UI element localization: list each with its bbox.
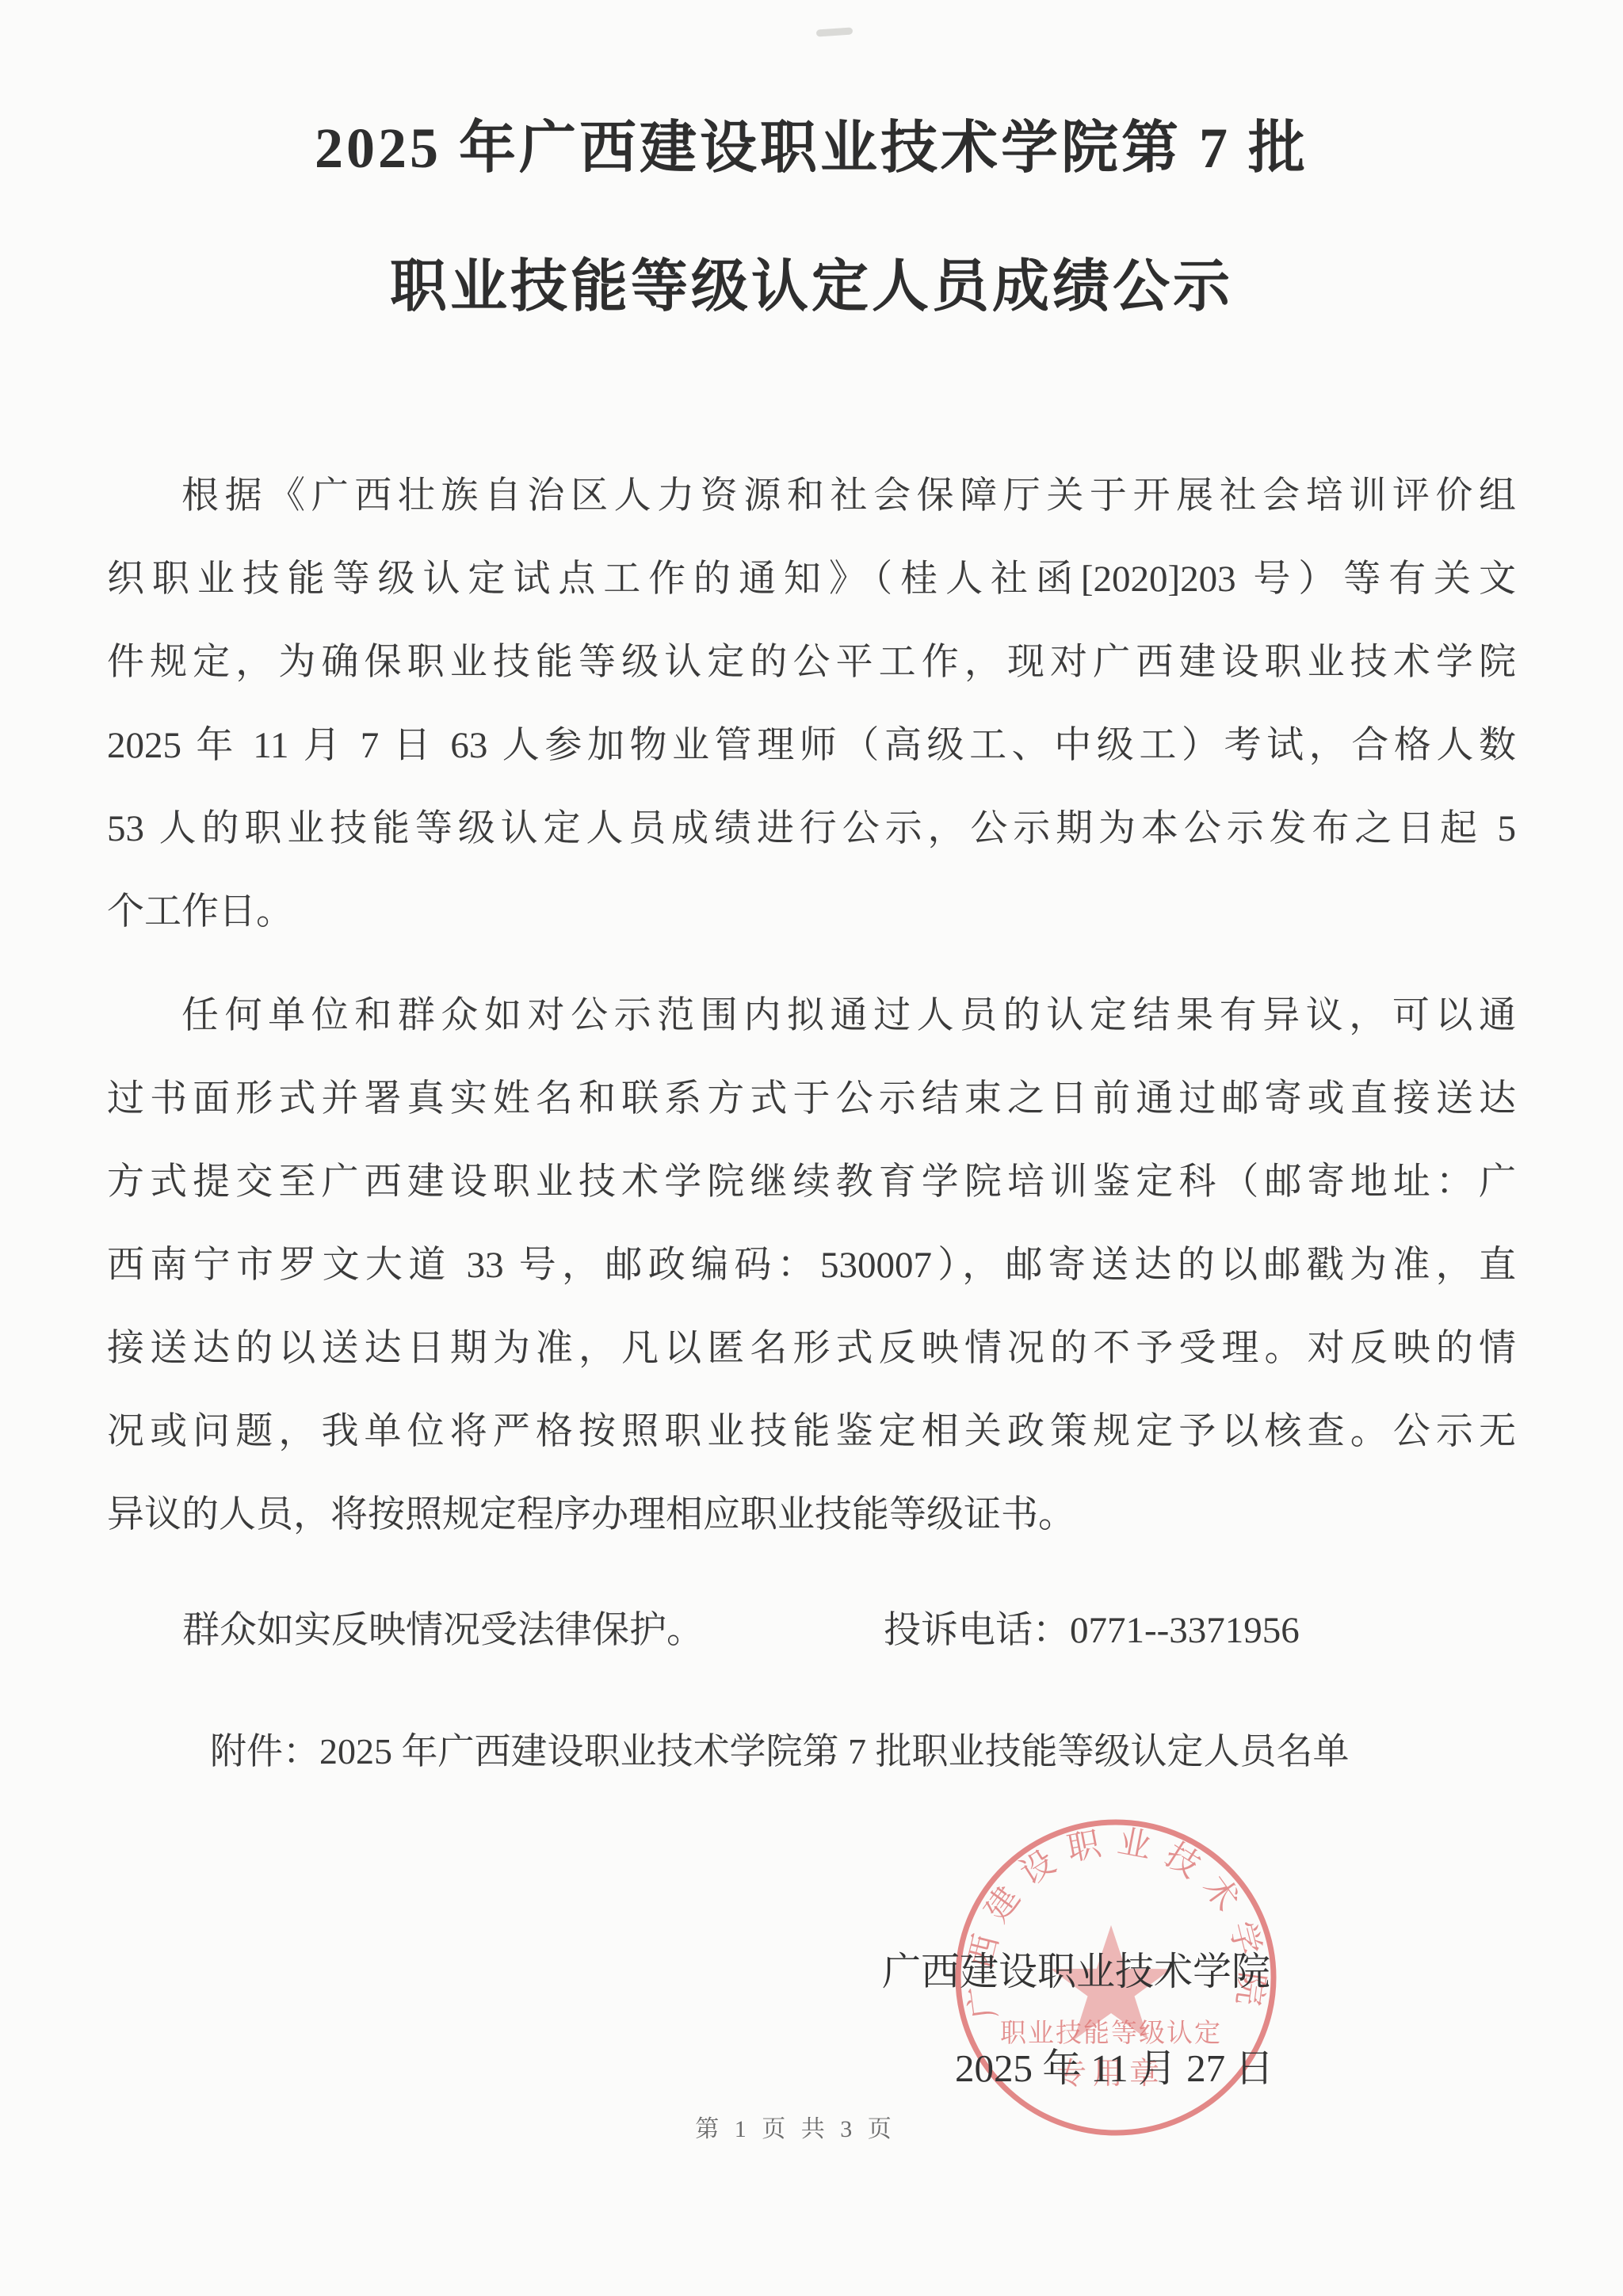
paragraph2-line-2: 过书面形式并署真实姓名和联系方式于公示结束之日前通过邮寄或直接送达 xyxy=(107,1058,1516,1141)
legal-protection-line: 群众如实反映情况受法律保护。 投诉电话：0771--3371956 xyxy=(107,1589,1516,1672)
paragraph-1: 根据《广西壮族自治区人力资源和社会保障厅关于开展社会培训评价组 织职业技能等级认… xyxy=(107,455,1516,954)
paragraph1-line-2: 织职业技能等级认定试点工作的通知》（桂人社函[2020]203 号）等有关文 xyxy=(107,538,1516,621)
paragraph2-line-1: 任何单位和群众如对公示范围内拟通过人员的认定结果有异议，可以通 xyxy=(107,974,1516,1058)
paragraph2-line-5: 接送达的以送达日期为准，凡以匿名形式反映情况的不予受理。对反映的情 xyxy=(107,1307,1516,1390)
paragraph2-line-6: 况或问题，我单位将严格按照职业技能鉴定相关政策规定予以核查。公示无 xyxy=(107,1390,1516,1474)
legal-notice-text: 群众如实反映情况受法律保护。 xyxy=(182,1610,704,1651)
paragraph2-line-3: 方式提交至广西建设职业技术学院继续教育学院培训鉴定科（邮寄地址：广 xyxy=(107,1141,1516,1224)
paragraph1-line-1: 根据《广西壮族自治区人力资源和社会保障厅关于开展社会培训评价组 xyxy=(107,455,1516,538)
paragraph2-line-4: 西南宁市罗文大道 33 号，邮政编码：530007），邮寄送达的以邮戳为准，直 xyxy=(107,1224,1516,1307)
doc-title-line-2: 职业技能等级认定人员成绩公示 xyxy=(0,240,1623,322)
doc-title-line-1: 2025 年广西建设职业技术学院第 7 批 xyxy=(0,101,1623,184)
page-number: 第 1 页 共 3 页 xyxy=(0,2109,1591,2144)
attachment-line: 附件：2025 年广西建设职业技术学院第 7 批职业技能等级认定人员名单 xyxy=(107,1710,1516,1793)
scan-smudge xyxy=(816,27,854,36)
paragraph1-line-3: 件规定，为确保职业技能等级认定的公平工作，现对广西建设职业技术学院 xyxy=(107,621,1516,704)
paragraph1-line-5: 53 人的职业技能等级认定人员成绩进行公示，公示期为本公示发布之日起 5 xyxy=(107,788,1516,871)
signature-date: 2025 年 11 月 27 日 xyxy=(955,2038,1274,2093)
paragraph2-line-7: 异议的人员，将按照规定程序办理相应职业技能等级证书。 xyxy=(107,1474,1516,1557)
signature-organization: 广西建设职业技术学院 xyxy=(882,1941,1270,1997)
document-page: 2025 年广西建设职业技术学院第 7 批 职业技能等级认定人员成绩公示 根据《… xyxy=(0,0,1623,2296)
paragraph1-line-6: 个工作日。 xyxy=(107,871,1516,954)
paragraph-2: 任何单位和群众如对公示范围内拟通过人员的认定结果有异议，可以通 过书面形式并署真… xyxy=(107,974,1516,1557)
complaint-phone: 投诉电话：0771--3371956 xyxy=(884,1589,1300,1672)
paragraph1-line-4: 2025 年 11 月 7 日 63 人参加物业管理师（高级工、中级工）考试，合… xyxy=(107,704,1516,788)
